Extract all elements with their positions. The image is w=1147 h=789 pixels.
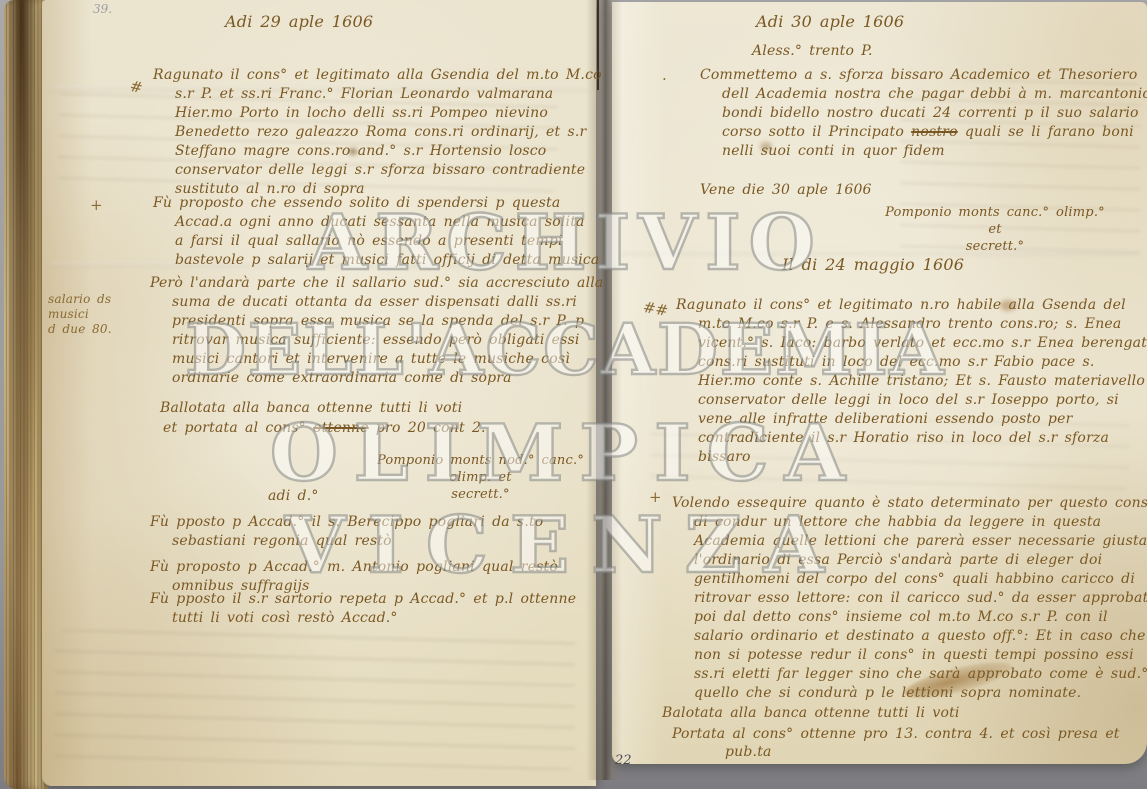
right-principe-subheading: Aless.° trento P. — [752, 42, 873, 61]
archive-watermark-line3: OLIMPICA — [0, 408, 1139, 499]
folio-number: 39. — [93, 2, 112, 16]
archive-watermark-line4: VICENZA — [0, 500, 1139, 591]
right-ballot-line2: Portata al cons° ottenne pro 13. contra … — [672, 725, 1142, 744]
left-entry-sartorio: Fù pposto il s.r sartorio repeta p Accad… — [150, 590, 602, 628]
left-entry-date-heading: Adi 29 aple 1606 — [225, 12, 373, 32]
page-number: 22 — [615, 753, 632, 768]
manuscript-scan: 39. Adi 29 aple 1606 # Ragunato il cons°… — [0, 0, 1147, 789]
archive-watermark-line2: DELL'ACCADEMIA — [0, 308, 1139, 391]
payment-struck-word: nostro — [911, 124, 958, 140]
right-ballot-line3: pub.ta — [725, 743, 772, 762]
bleedthrough-texture — [55, 630, 575, 770]
right-entry-date-heading: Adi 30 aple 1606 — [756, 12, 904, 32]
dot-margin-mark: · — [662, 70, 667, 88]
archive-watermark-line1: ARCHIVIO — [0, 198, 1139, 287]
left-paragraph-council: Ragunato il cons° et legitimato alla Gse… — [153, 66, 605, 199]
right-ballot-line1: Balotata alla banca ottenne tutti li vot… — [662, 704, 1092, 723]
right-paragraph-payment: Commettemo a s. sforza bissaro Academico… — [700, 66, 1147, 161]
